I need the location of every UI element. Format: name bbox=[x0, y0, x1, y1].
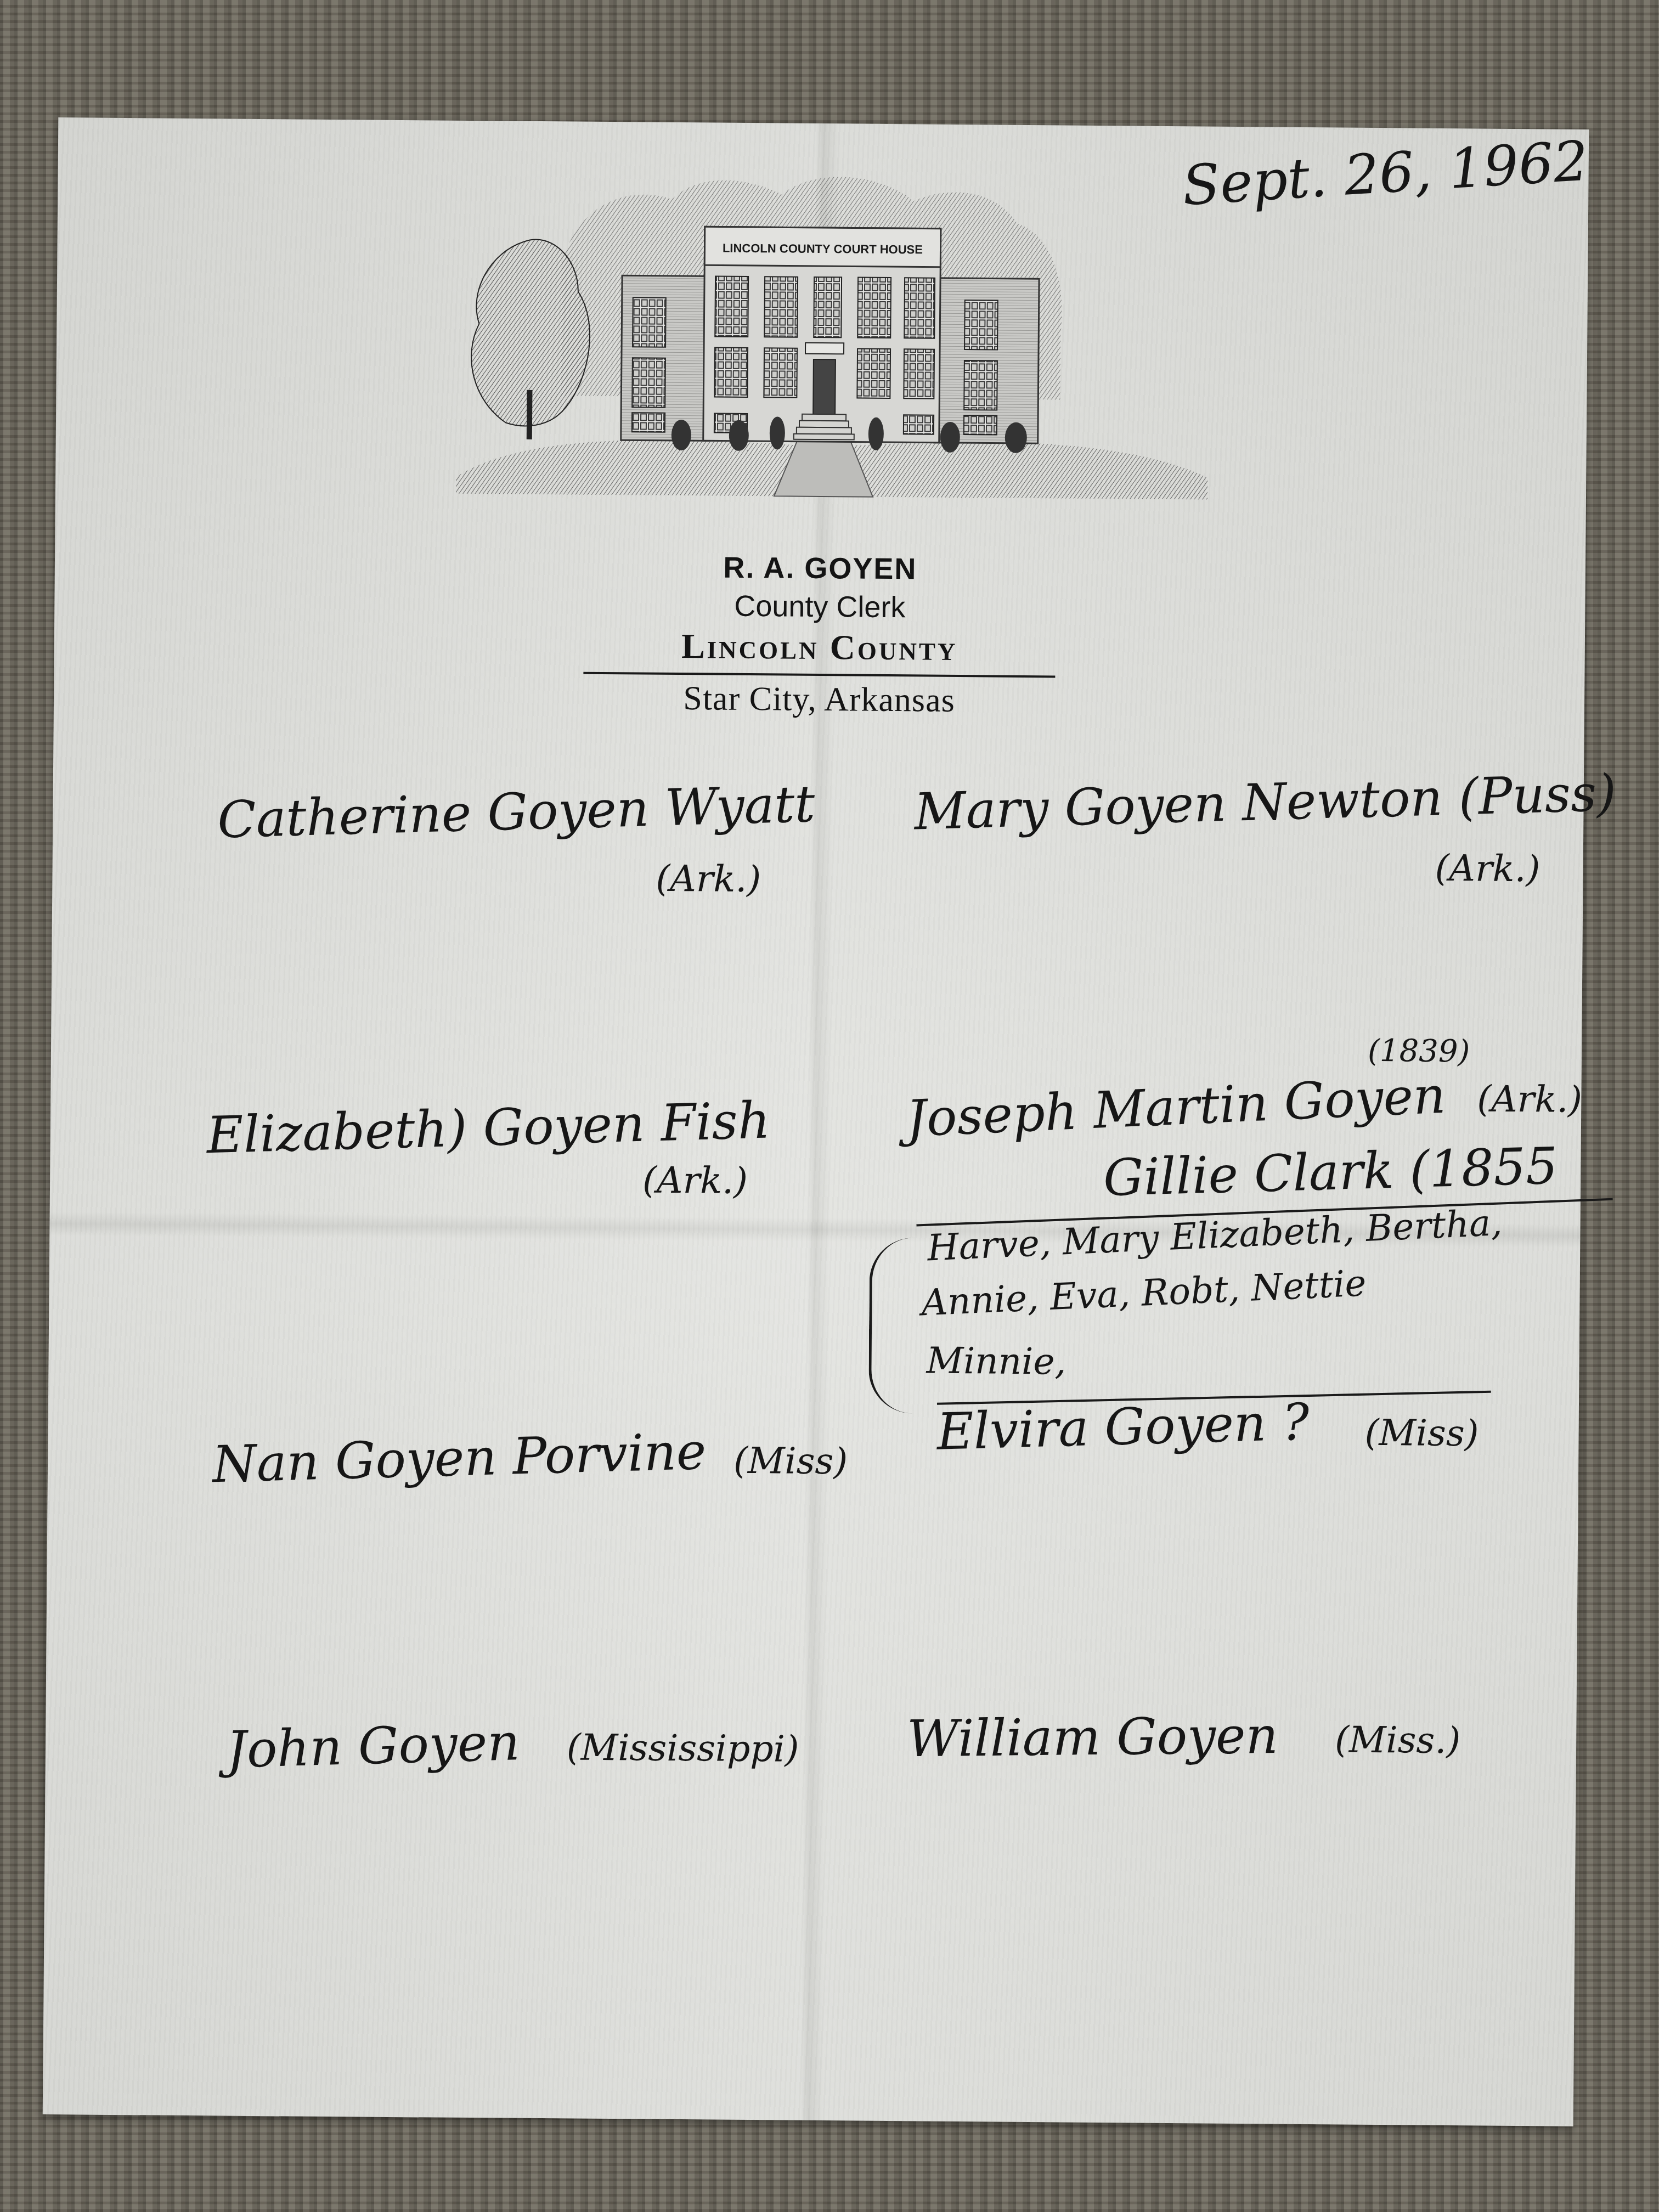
entry-note: (Ark.) bbox=[642, 1159, 748, 1203]
entry-name: Nan Goyen Porvine bbox=[212, 1422, 707, 1494]
courthouse-engraving-icon: LINCOLN COUNTY COURT HOUSE bbox=[439, 148, 1227, 505]
city-state: Star City, Arkansas bbox=[54, 674, 1584, 725]
entry-note: (Miss) bbox=[733, 1440, 848, 1483]
children-bracket bbox=[868, 1238, 922, 1414]
svg-text:LINCOLN COUNTY COURT HOUSE: LINCOLN COUNTY COURT HOUSE bbox=[723, 241, 923, 257]
entry-name: Catherine Goyen Wyatt bbox=[217, 775, 816, 849]
entry-note: (Ark.) bbox=[1477, 1077, 1582, 1121]
entry-note: (Ark.) bbox=[1435, 847, 1540, 890]
county-name: Lincoln County bbox=[54, 621, 1585, 674]
entry-spouse: Gillie Clark (1855 bbox=[1103, 1137, 1559, 1207]
handwritten-date: Sept. 26, 1962 bbox=[1181, 128, 1590, 218]
entry-note: (Mississippi) bbox=[567, 1726, 799, 1770]
entry-name: Elvira Goyen ? bbox=[936, 1392, 1310, 1461]
entry-name: Mary Goyen Newton (Puss) bbox=[913, 764, 1617, 842]
entry-note: (Ark.) bbox=[656, 857, 761, 901]
children-line: Minnie, bbox=[926, 1340, 1066, 1383]
letter-page: LINCOLN COUNTY COURT HOUSE bbox=[43, 117, 1589, 2126]
entry-note: (Miss.) bbox=[1335, 1718, 1461, 1762]
entry-note: (Miss) bbox=[1364, 1412, 1479, 1455]
entry-name: John Goyen bbox=[226, 1713, 521, 1779]
entry-name: Elizabeth) Goyen Fish bbox=[206, 1091, 771, 1165]
entry-name: Joseph Martin Goyen bbox=[905, 1066, 1447, 1149]
children-line: Harve, Mary Elizabeth, Bertha, bbox=[926, 1201, 1503, 1269]
clerk-name: R. A. GOYEN bbox=[55, 545, 1585, 591]
entry-birth-year: (1839) bbox=[1368, 1033, 1470, 1069]
letterhead-divider bbox=[583, 672, 1055, 678]
entry-name: William Goyen bbox=[907, 1706, 1279, 1768]
children-line: Annie, Eva, Robt, Nettie bbox=[921, 1262, 1367, 1324]
